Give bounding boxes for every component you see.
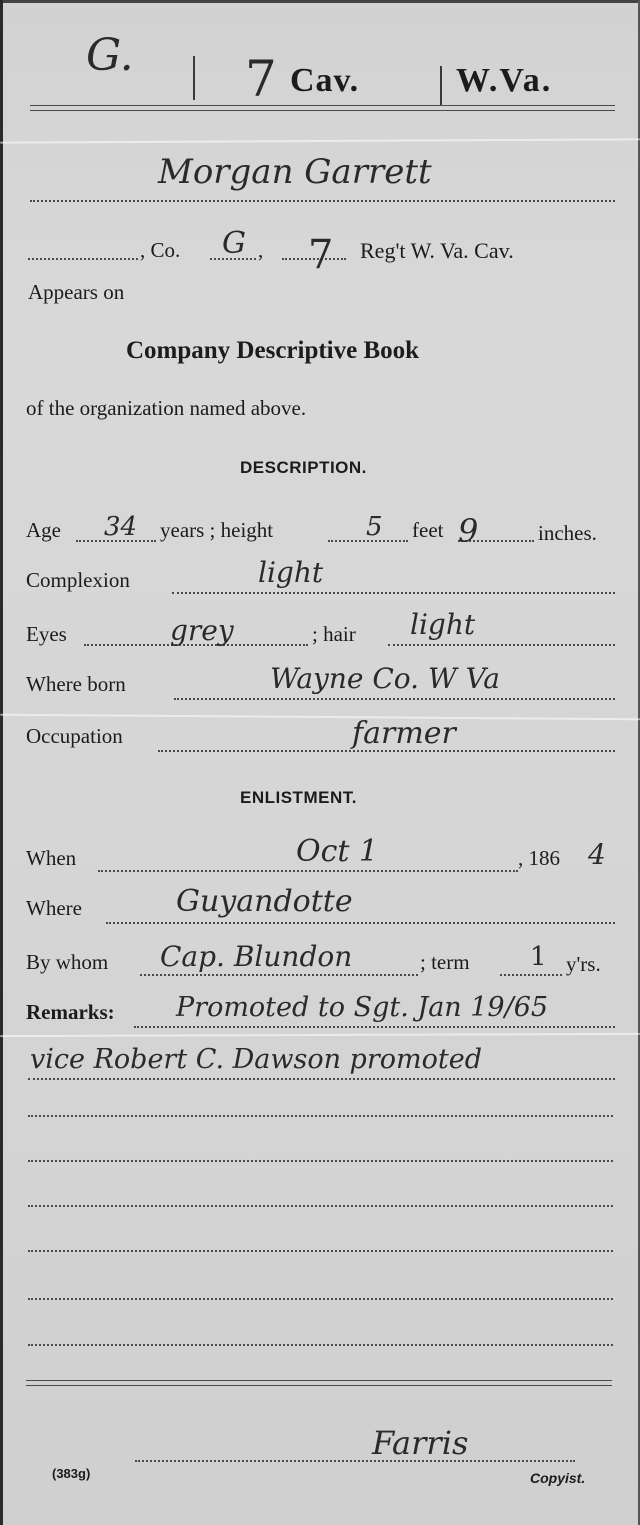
company-line bbox=[210, 258, 256, 260]
copyist-signature: Farris bbox=[372, 1424, 468, 1462]
occupation-label: Occupation bbox=[26, 724, 123, 749]
by-whom-line bbox=[140, 974, 418, 976]
header-divider-1 bbox=[193, 56, 195, 100]
term-line bbox=[500, 974, 562, 976]
blank-line bbox=[28, 1115, 613, 1117]
copyist-label: Copyist. bbox=[530, 1470, 585, 1486]
inches-label: inches. bbox=[538, 521, 597, 546]
complexion-line bbox=[172, 592, 615, 594]
remarks-line-1 bbox=[134, 1026, 615, 1028]
remarks-line-2 bbox=[28, 1078, 615, 1080]
complexion-value: light bbox=[258, 556, 323, 589]
header-double-rule bbox=[30, 105, 615, 111]
age-label: Age bbox=[26, 518, 61, 543]
prefix-line bbox=[28, 258, 138, 260]
feet-label: feet bbox=[412, 518, 443, 543]
height-inches-value: 9 bbox=[458, 512, 478, 550]
when-value: Oct 1 bbox=[296, 834, 378, 869]
blank-line bbox=[28, 1344, 613, 1346]
header-branch: Cav. bbox=[290, 62, 359, 100]
service-record-card: G. 7 Cav. W.Va. Morgan Garrett , Co. G ,… bbox=[0, 0, 640, 1525]
remarks-text-1: Promoted to Sgt. Jan 19/65 bbox=[176, 992, 548, 1023]
enlistment-heading: ENLISTMENT. bbox=[240, 788, 357, 808]
regiment-value: 7 bbox=[308, 232, 333, 278]
year-prefix: , 186 bbox=[518, 846, 560, 871]
paper-crease bbox=[0, 714, 640, 720]
company-value: G bbox=[222, 226, 246, 261]
where-line bbox=[106, 922, 615, 924]
year-suffix: 4 bbox=[588, 838, 606, 871]
age-value: 34 bbox=[104, 512, 137, 542]
where-born-line bbox=[174, 698, 615, 700]
book-title: Company Descriptive Book bbox=[126, 337, 419, 365]
form-number: (383g) bbox=[52, 1466, 90, 1481]
when-label: When bbox=[26, 846, 76, 871]
blank-line bbox=[28, 1205, 613, 1207]
years-height-label: years ; height bbox=[160, 518, 273, 543]
where-value: Guyandotte bbox=[176, 884, 353, 919]
remarks-label: Remarks: bbox=[26, 1000, 115, 1025]
hair-value: light bbox=[410, 608, 475, 641]
header-state: W.Va. bbox=[456, 62, 552, 100]
eyes-value: grey bbox=[170, 614, 234, 647]
header-company-letter: G. bbox=[86, 30, 134, 81]
eyes-label: Eyes bbox=[26, 622, 67, 647]
where-born-label: Where born bbox=[26, 672, 126, 697]
header-regiment-number: 7 bbox=[245, 50, 277, 108]
organization-text: of the organization named above. bbox=[26, 396, 306, 421]
where-label: Where bbox=[26, 896, 82, 921]
blank-line bbox=[28, 1250, 613, 1252]
complexion-label: Complexion bbox=[26, 568, 130, 593]
height-feet-value: 5 bbox=[366, 512, 383, 542]
company-label: , Co. bbox=[140, 238, 180, 263]
blank-line bbox=[28, 1160, 613, 1162]
paper-crease bbox=[0, 1033, 640, 1037]
hair-label: ; hair bbox=[312, 622, 356, 647]
appears-on-label: Appears on bbox=[28, 280, 124, 305]
remarks-text-2: vice Robert C. Dawson promoted bbox=[30, 1044, 482, 1075]
regiment-label: Reg't W. Va. Cav. bbox=[360, 238, 514, 264]
term-label: ; term bbox=[420, 950, 470, 975]
copyist-line bbox=[135, 1460, 575, 1462]
hair-line bbox=[388, 644, 615, 646]
by-whom-value: Cap. Blundon bbox=[160, 940, 352, 973]
description-heading: DESCRIPTION. bbox=[240, 458, 367, 478]
blank-line bbox=[28, 1298, 613, 1300]
header-divider-2 bbox=[440, 66, 442, 106]
term-unit: y'rs. bbox=[566, 952, 601, 977]
when-line bbox=[98, 870, 518, 872]
by-whom-label: By whom bbox=[26, 950, 108, 975]
company-comma: , bbox=[258, 238, 263, 263]
paper-crease bbox=[0, 138, 640, 143]
term-value: 1 bbox=[530, 942, 547, 972]
name-line bbox=[30, 200, 615, 202]
where-born-value: Wayne Co. W Va bbox=[270, 662, 500, 695]
footer-double-rule bbox=[26, 1380, 612, 1386]
soldier-name: Morgan Garrett bbox=[158, 152, 432, 192]
occupation-value: farmer bbox=[352, 716, 456, 751]
